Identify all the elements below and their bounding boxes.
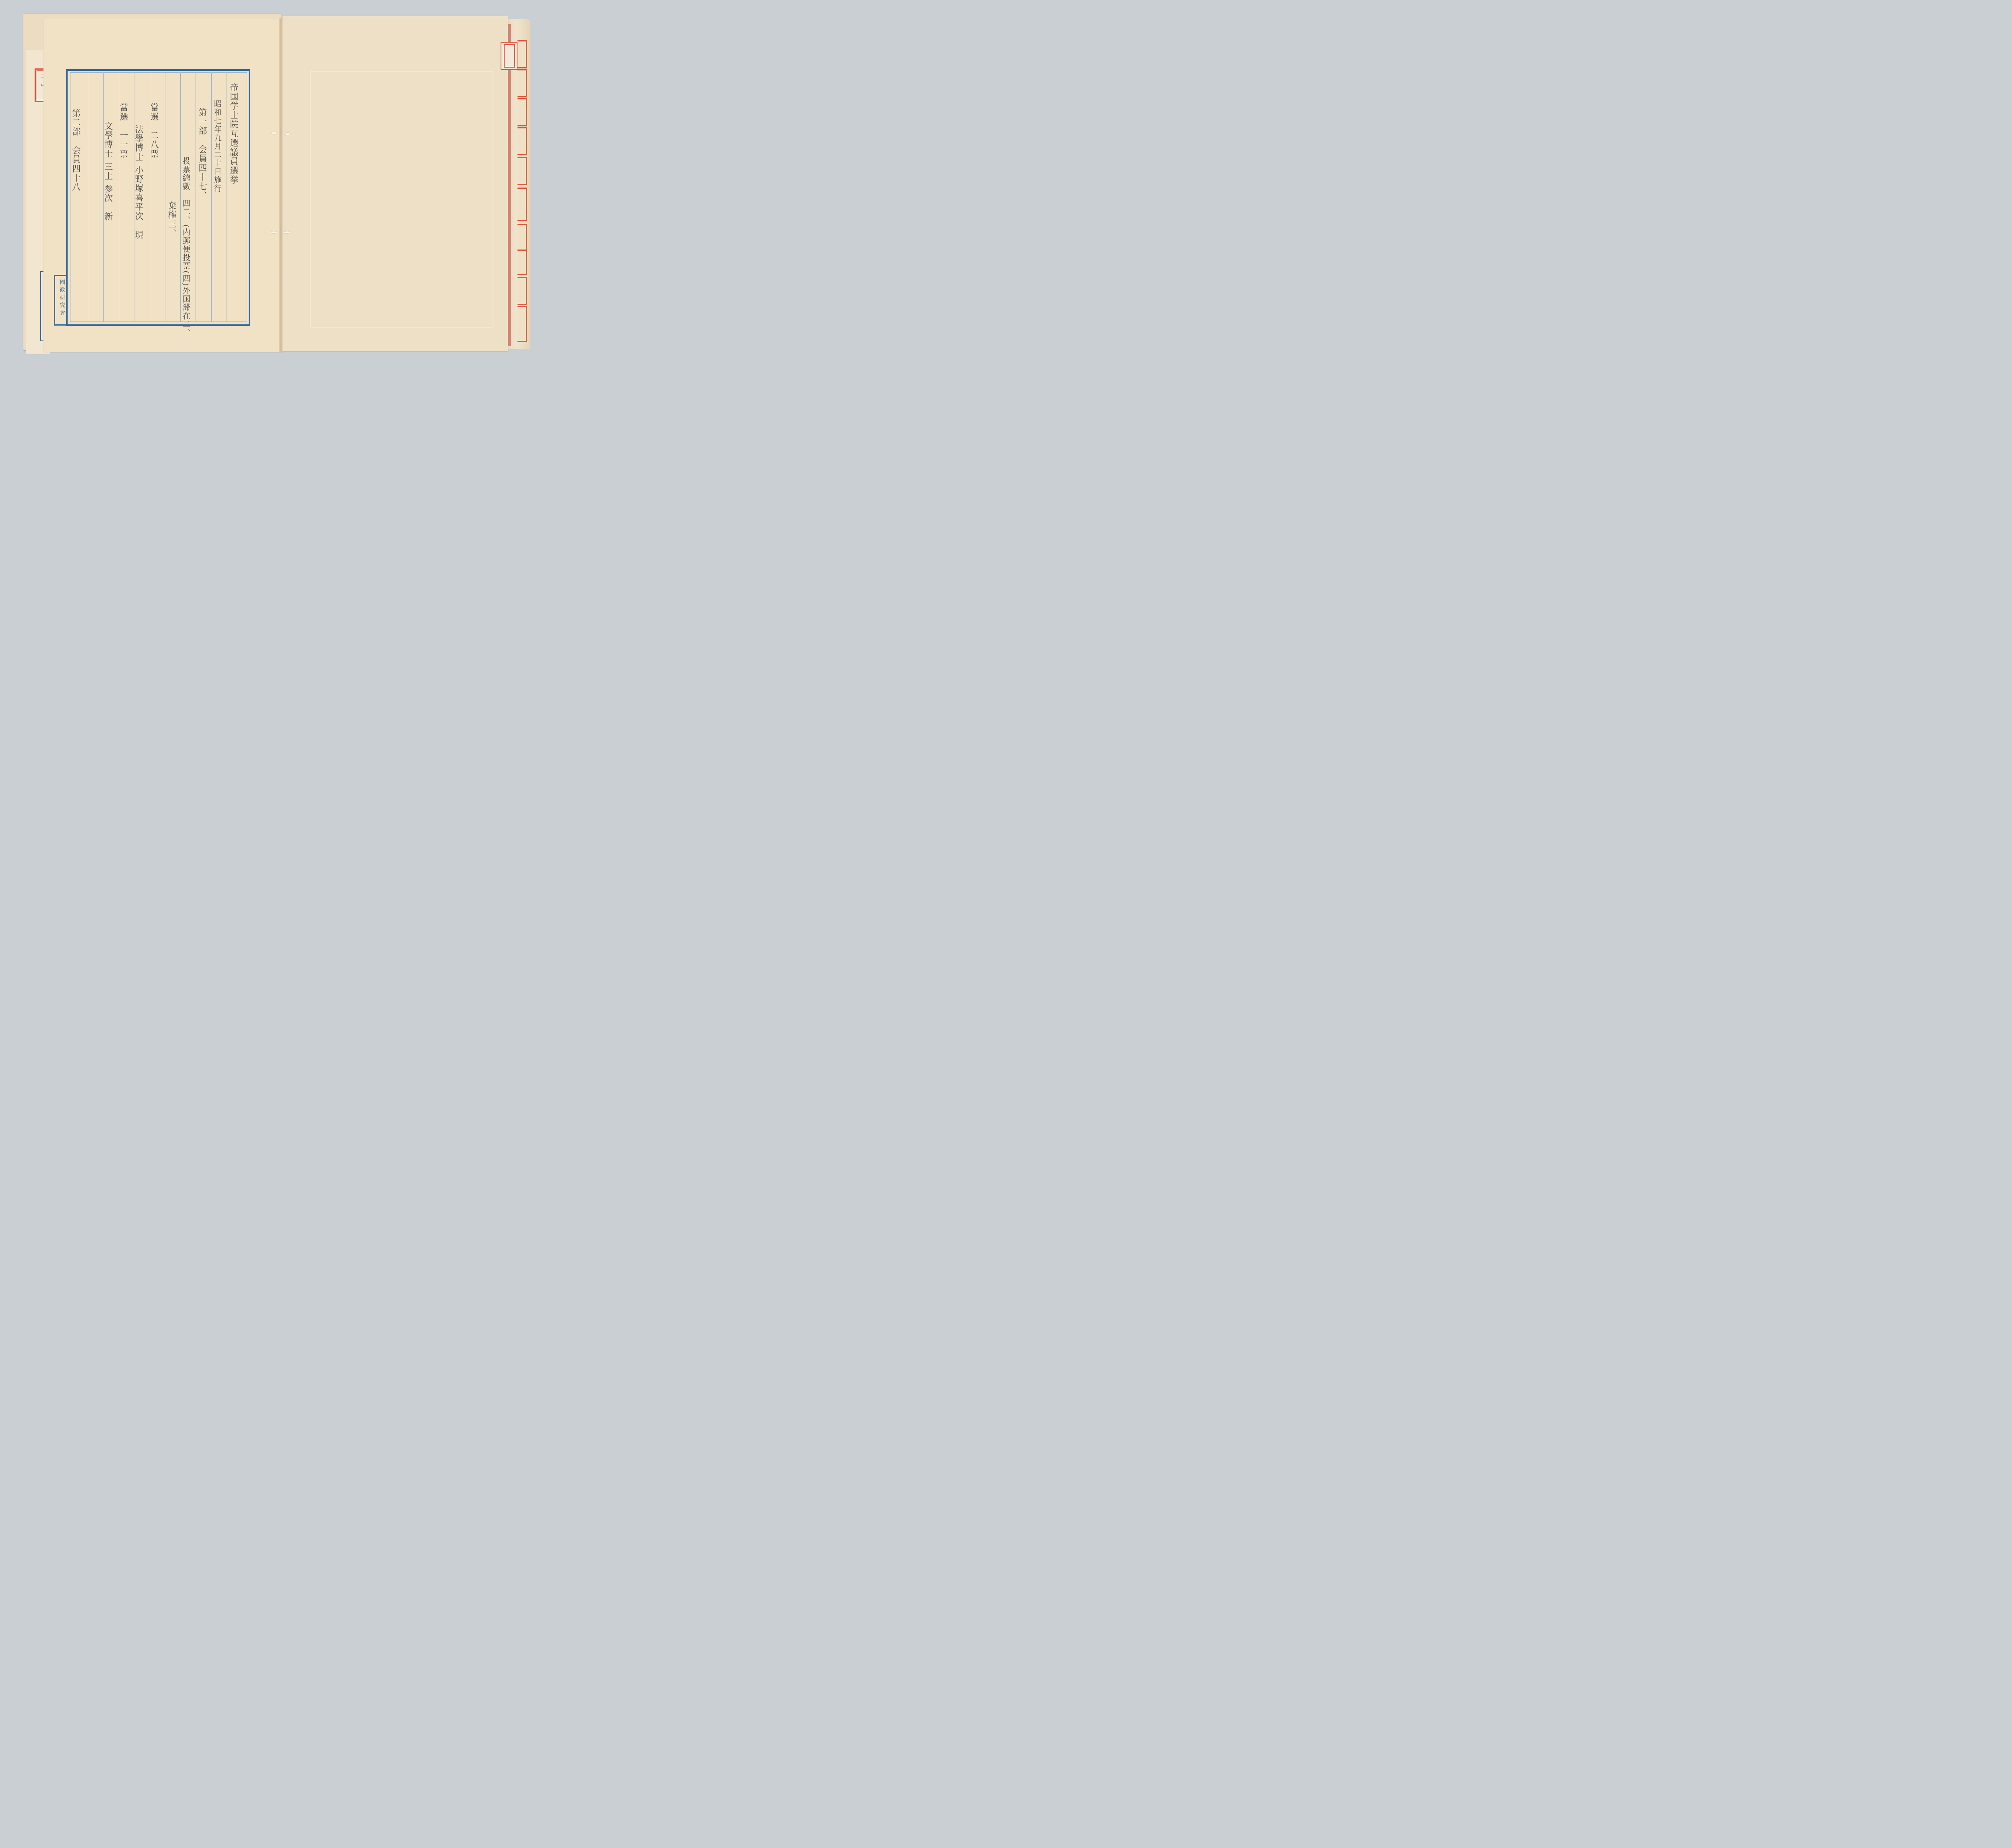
section1-column: 第一部 会員四十七、 xyxy=(198,108,206,200)
binding-hole xyxy=(285,133,291,135)
column-rule xyxy=(196,72,196,322)
column-rule xyxy=(165,72,165,322)
index-tab-right[interactable] xyxy=(517,40,527,68)
column-rule xyxy=(180,72,181,322)
book-gutter xyxy=(279,19,282,352)
index-tab-front[interactable] xyxy=(501,42,517,70)
column-rule xyxy=(227,72,227,322)
votes-total-column: 投票總數 四二、(内郵便投票(四)外国滞在二、 xyxy=(182,157,190,337)
elected1-name-column: 法學博士 小野塚喜平次 現 xyxy=(134,125,143,239)
elected1-votes-column: 當選 二八票 xyxy=(150,103,158,159)
binding-hole xyxy=(284,231,290,233)
index-tab-right[interactable] xyxy=(517,224,527,252)
elected2-name-column: 文學博士 三上 参次 新 xyxy=(104,122,112,221)
index-tab-right[interactable] xyxy=(517,188,527,221)
date-column: 昭和七年九月二十日施行 xyxy=(213,100,221,193)
binding-hole xyxy=(271,231,277,233)
right-page-pressed-frame xyxy=(310,71,493,328)
elected2-votes-column: 當選 一一票 xyxy=(119,103,128,159)
index-tab-right[interactable] xyxy=(517,69,527,97)
abstain-column: 棄権三、 xyxy=(167,201,176,238)
binding-hole xyxy=(271,132,277,134)
title-column: 帝国学士院互選議員選挙 xyxy=(229,83,238,185)
index-tab-right[interactable] xyxy=(517,127,527,155)
red-edge-band xyxy=(508,24,511,346)
index-tab-right[interactable] xyxy=(517,306,527,342)
index-tab-right[interactable] xyxy=(517,98,527,126)
column-rule xyxy=(88,72,88,322)
section2-column: 第二部 会員四十八 xyxy=(72,109,80,192)
publisher-stamp: 國政研究會 xyxy=(54,275,66,326)
publisher-stamp-text: 國政研究會 xyxy=(58,279,66,318)
index-tab-right[interactable] xyxy=(517,250,527,275)
index-tab-right[interactable] xyxy=(517,157,527,185)
column-rule xyxy=(211,72,212,322)
index-tab-right[interactable] xyxy=(517,277,527,305)
